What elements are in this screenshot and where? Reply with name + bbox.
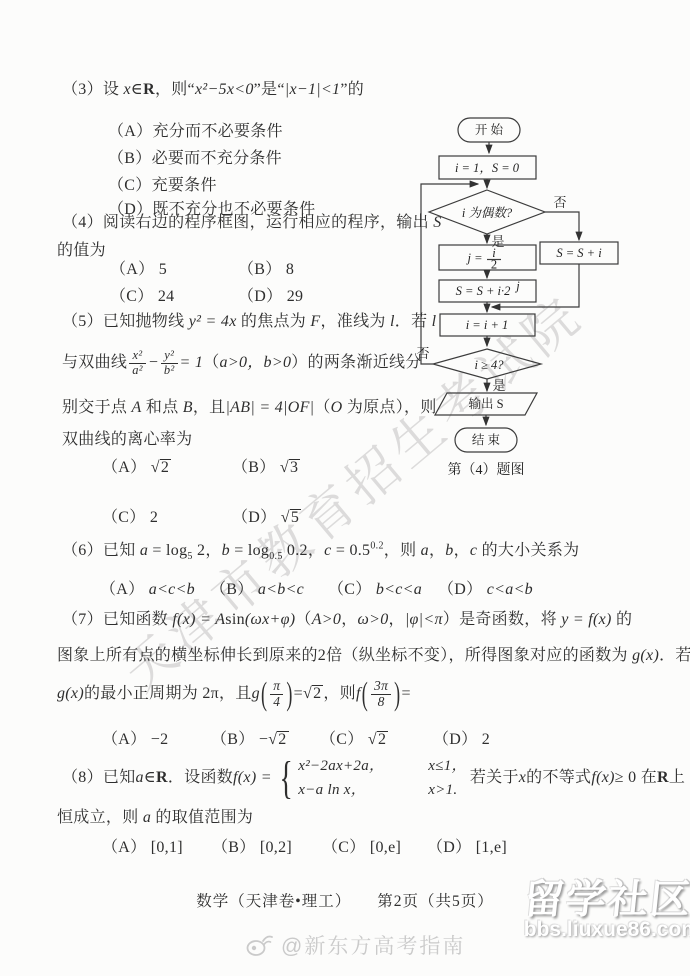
q8-option-b: （B） [0,2] bbox=[212, 838, 292, 858]
flow-s2-label: S = S + i·2 bbox=[456, 284, 511, 298]
q8-option-d: （D） [1,e] bbox=[427, 838, 507, 858]
weibo-icon bbox=[246, 933, 274, 957]
flowchart-caption: 第（4）题图 bbox=[448, 462, 525, 478]
footer-page-number: 第2页（共5页） bbox=[377, 893, 494, 910]
q8-option-c: （C） [0,e] bbox=[322, 838, 401, 858]
q7-option-a: （A） −2 bbox=[102, 730, 168, 750]
flow-start-label: 开 始 bbox=[475, 122, 504, 137]
flow-j-den: 2 bbox=[491, 258, 497, 272]
q5-stem-line3: 别交于点 A 和点 B，且|AB| = 4|OF|（O 为原点），则 bbox=[62, 398, 437, 418]
q4-stem-line1: （4）阅读右边的程序框图，运行相应的程序，输出 S bbox=[62, 213, 442, 233]
flow-no1-label: 否 bbox=[553, 195, 566, 210]
q6-stem: （6）已知 a = log5 2，b = log0.5 0.2，c = 0.50… bbox=[62, 541, 579, 561]
q7-option-d: （D） 2 bbox=[433, 730, 490, 750]
q5-stem-line4: 双曲线的离心率为 bbox=[62, 430, 192, 450]
flowchart: 开 始 i = 1，S = 0 i 为偶数? 否 是 S = S + i j =… bbox=[413, 112, 683, 484]
q8-stem-line2: 恒成立，则 a 的取值范围为 bbox=[57, 808, 253, 828]
q3-option-c: （C）充要条件 bbox=[108, 176, 217, 196]
q4-option-a: （A） 5 bbox=[110, 260, 167, 280]
q5-option-c: （C） 2 bbox=[102, 508, 158, 528]
q4-stem-line2: 的值为 bbox=[57, 241, 106, 261]
q5-option-d: （D） √5 bbox=[232, 508, 301, 528]
q6-option-d: （D） c<a<b bbox=[438, 580, 533, 600]
flow-output-label: 输出 S bbox=[468, 396, 503, 411]
footer-subject: 数学（天津卷•理工） bbox=[196, 893, 351, 910]
q3-option-b: （B）必要而不充分条件 bbox=[108, 149, 282, 169]
q7-stem-line1: （7）已知函数 f(x) = Asin(ωx+φ)（A>0，ω>0，|φ|<π）… bbox=[62, 610, 632, 630]
q7-option-b: （B） −√2 bbox=[211, 730, 289, 750]
q3-stem: （3）设 x∈R，则“x²−5x<0”是“|x−1|<1”的 bbox=[62, 80, 364, 100]
q5-option-a: （A） √2 bbox=[102, 458, 171, 478]
flow-yes2-label: 是 bbox=[492, 378, 505, 393]
q4-option-b: （B） 8 bbox=[238, 260, 294, 280]
flow-inc-label: i = i + 1 bbox=[466, 318, 509, 332]
flow-s1-label: S = S + i bbox=[556, 246, 602, 260]
flow-cond1-label: i 为偶数? bbox=[462, 206, 513, 220]
q7-option-c: （C） √2 bbox=[320, 730, 388, 750]
q7-stem-line3: g(x) 的最小正周期为 2π，且 g(π4) = √2，则 f(3π8) = bbox=[57, 672, 411, 716]
q5-stem-line2: 与双曲线 x²a²−y²b² = 1（a>0，b>0）的两条渐近线分 bbox=[62, 342, 422, 384]
flow-s2-sup: j bbox=[514, 279, 520, 293]
page-content: （3）设 x∈R，则“x²−5x<0”是“|x−1|<1”的 （A）充分而不必要… bbox=[0, 0, 690, 976]
q6-option-a: （A） a<c<b bbox=[100, 580, 195, 600]
site-logo-url: bbs.liuxue86.com bbox=[524, 919, 690, 941]
flow-init-label: i = 1，S = 0 bbox=[455, 161, 520, 175]
site-logo: 留学社区 bbs.liuxue86.com bbox=[524, 879, 690, 941]
flow-end-label: 结 束 bbox=[472, 432, 501, 447]
q4-option-c: （C） 24 bbox=[110, 287, 174, 307]
flow-j-pre: j = bbox=[465, 251, 482, 265]
q4-option-d: （D） 29 bbox=[238, 287, 303, 307]
exam-page: 天津市教育招生考试院 （3）设 x∈R，则“x²−5x<0”是“|x−1|<1”… bbox=[0, 0, 690, 976]
q6-option-b: （B） a<b<c bbox=[210, 580, 304, 600]
q6-option-c: （C） b<c<a bbox=[328, 580, 422, 600]
q3-option-a: （A）充分而不必要条件 bbox=[108, 122, 283, 142]
q8-option-a: （A） [0,1] bbox=[102, 838, 183, 858]
flow-no2-label: 否 bbox=[416, 346, 429, 361]
site-logo-title: 留学社区 bbox=[522, 879, 690, 921]
q7-stem-line2: 图象上所有点的横坐标伸长到原来的2倍（纵坐标不变），所得图象对应的函数为 g(x… bbox=[57, 646, 690, 666]
weibo-watermark: @新东方高考指南 bbox=[246, 930, 465, 960]
weibo-watermark-text: @新东方高考指南 bbox=[281, 930, 465, 960]
flow-cond2-label: i ≥ 4? bbox=[474, 358, 504, 372]
q5-option-b: （B） √3 bbox=[232, 458, 300, 478]
q8-stem-line1: （8）已知 a∈R．设函数 f(x) ={x²−2ax+2a，x≤1，x−a l… bbox=[62, 752, 685, 804]
q5-stem-line1: （5）已知抛物线 y² = 4x 的焦点为 F，准线为 l．若 l bbox=[62, 312, 436, 332]
